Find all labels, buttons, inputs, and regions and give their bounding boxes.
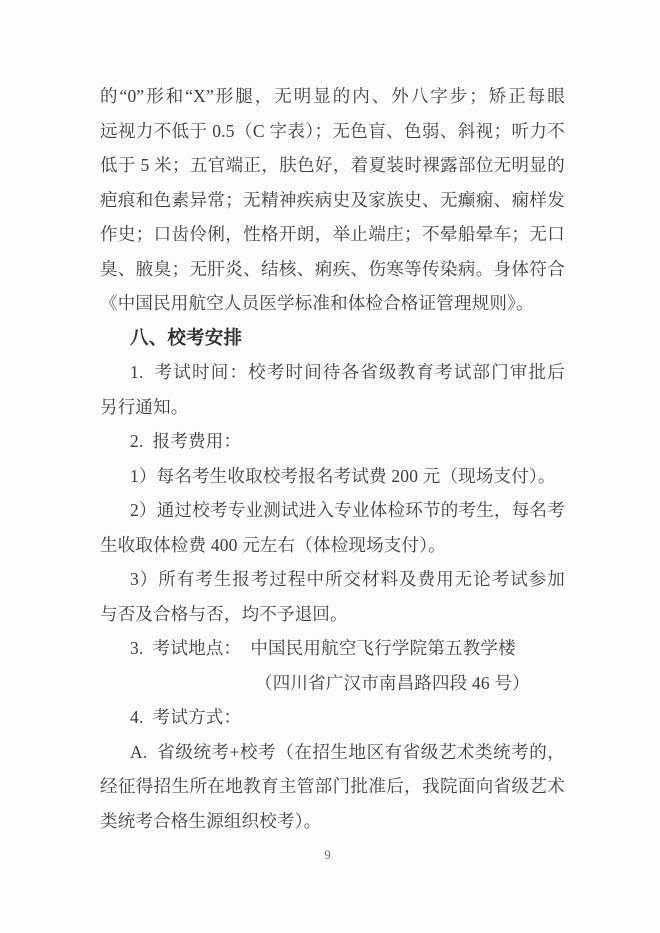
text-line: 另行通知。: [100, 390, 565, 425]
text-line: 2. 报考费用：: [100, 424, 565, 459]
section-heading: 八、校考安排: [100, 321, 565, 356]
text-line: 3）所有考生报考过程中所交材料及费用无论考试参加: [100, 562, 565, 597]
text-line: （四川省广汉市南昌路四段 46 号）: [100, 666, 565, 701]
text-line: 低于 5 米；五官端正，肤色好，着夏装时裸露部位无明显的: [100, 148, 565, 183]
text-line: 1）每名考生收取校考报名考试费 200 元（现场支付）。: [100, 459, 565, 494]
text-line: 2）通过校考专业测试进入专业体检环节的考生，每名考: [100, 493, 565, 528]
text-line: 远视力不低于 0.5（C 字表）；无色盲、色弱、斜视；听力不: [100, 114, 565, 149]
text-line: 《中国民用航空人员医学标准和体检合格证管理规则》。: [100, 286, 565, 321]
text-line: 疤痕和色素异常；无精神疾病史及家族史、无癫痫、痫样发: [100, 183, 565, 218]
document-body: 的“0”形和“X”形腿，无明显的内、外八字步；矫正每眼远视力不低于 0.5（C …: [100, 79, 565, 838]
text-line: 与否及合格与否，均不予退回。: [100, 597, 565, 632]
text-line: 3. 考试地点： 中国民用航空飞行学院第五教学楼: [100, 631, 565, 666]
text-line: 臭、腋臭；无肝炎、结核、痢疾、伤寒等传染病。身体符合: [100, 252, 565, 287]
document-page: 的“0”形和“X”形腿，无明显的内、外八字步；矫正每眼远视力不低于 0.5（C …: [0, 0, 660, 933]
text-line: A. 省级统考+校考（在招生地区有省级艺术类统考的，: [100, 735, 565, 770]
text-line: 生收取体检费 400 元左右（体检现场支付）。: [100, 528, 565, 563]
text-line: 1. 考试时间：校考时间待各省级教育考试部门审批后: [100, 355, 565, 390]
text-line: 类统考合格生源组织校考）。: [100, 804, 565, 839]
text-line: 经征得招生所在地教育主管部门批准后，我院面向省级艺术: [100, 769, 565, 804]
page-number: 9: [100, 845, 555, 865]
text-line: 作史；口齿伶俐，性格开朗，举止端庄；不晕船晕车；无口: [100, 217, 565, 252]
text-line: 的“0”形和“X”形腿，无明显的内、外八字步；矫正每眼: [100, 79, 565, 114]
text-line: 4. 考试方式：: [100, 700, 565, 735]
